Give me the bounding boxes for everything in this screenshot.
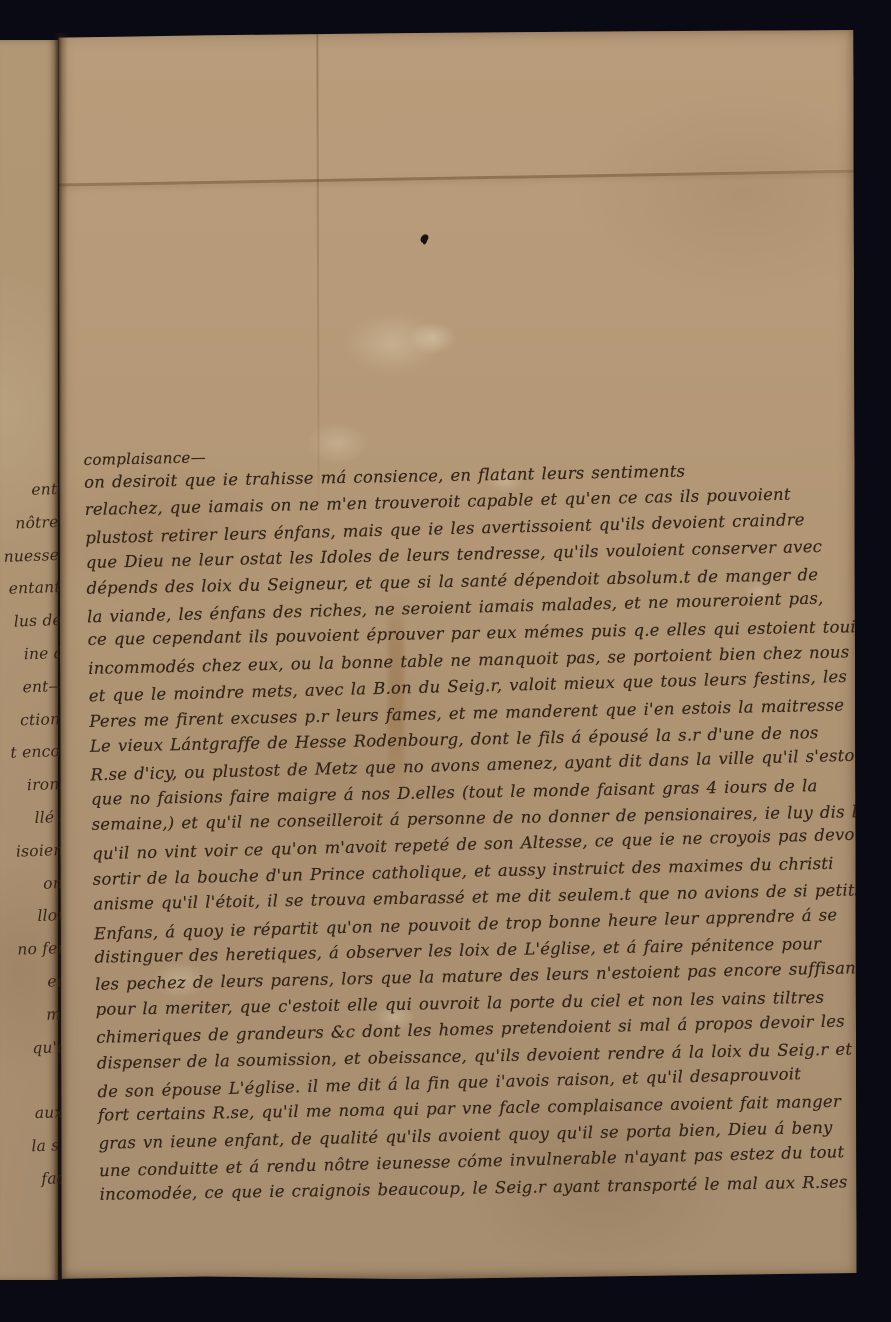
horizontal-fold-crease — [0, 170, 859, 188]
facing-page-line-fragment: entant — [4, 578, 61, 613]
text-block: complaisance— on desiroit que ie trahiss… — [83, 434, 861, 1212]
text-lines: on desiroit que ie trahisse má consience… — [84, 457, 862, 1212]
ink-speck — [419, 233, 429, 244]
facing-page-edge: entnôtrenuesserentantlus deine áent—ctio… — [0, 40, 58, 1280]
manuscript-page: complaisance— on desiroit que ie trahiss… — [58, 30, 856, 1280]
facing-page-line-fragment: nôtre — [2, 513, 59, 548]
facing-page-line-fragment: ent — [1, 480, 58, 515]
facing-page-line-fragment: nuesser — [3, 546, 60, 581]
photograph-background: entnôtrenuesserentantlus deine áent—ctio… — [0, 0, 891, 1322]
page-fold-gutter — [54, 33, 68, 1280]
